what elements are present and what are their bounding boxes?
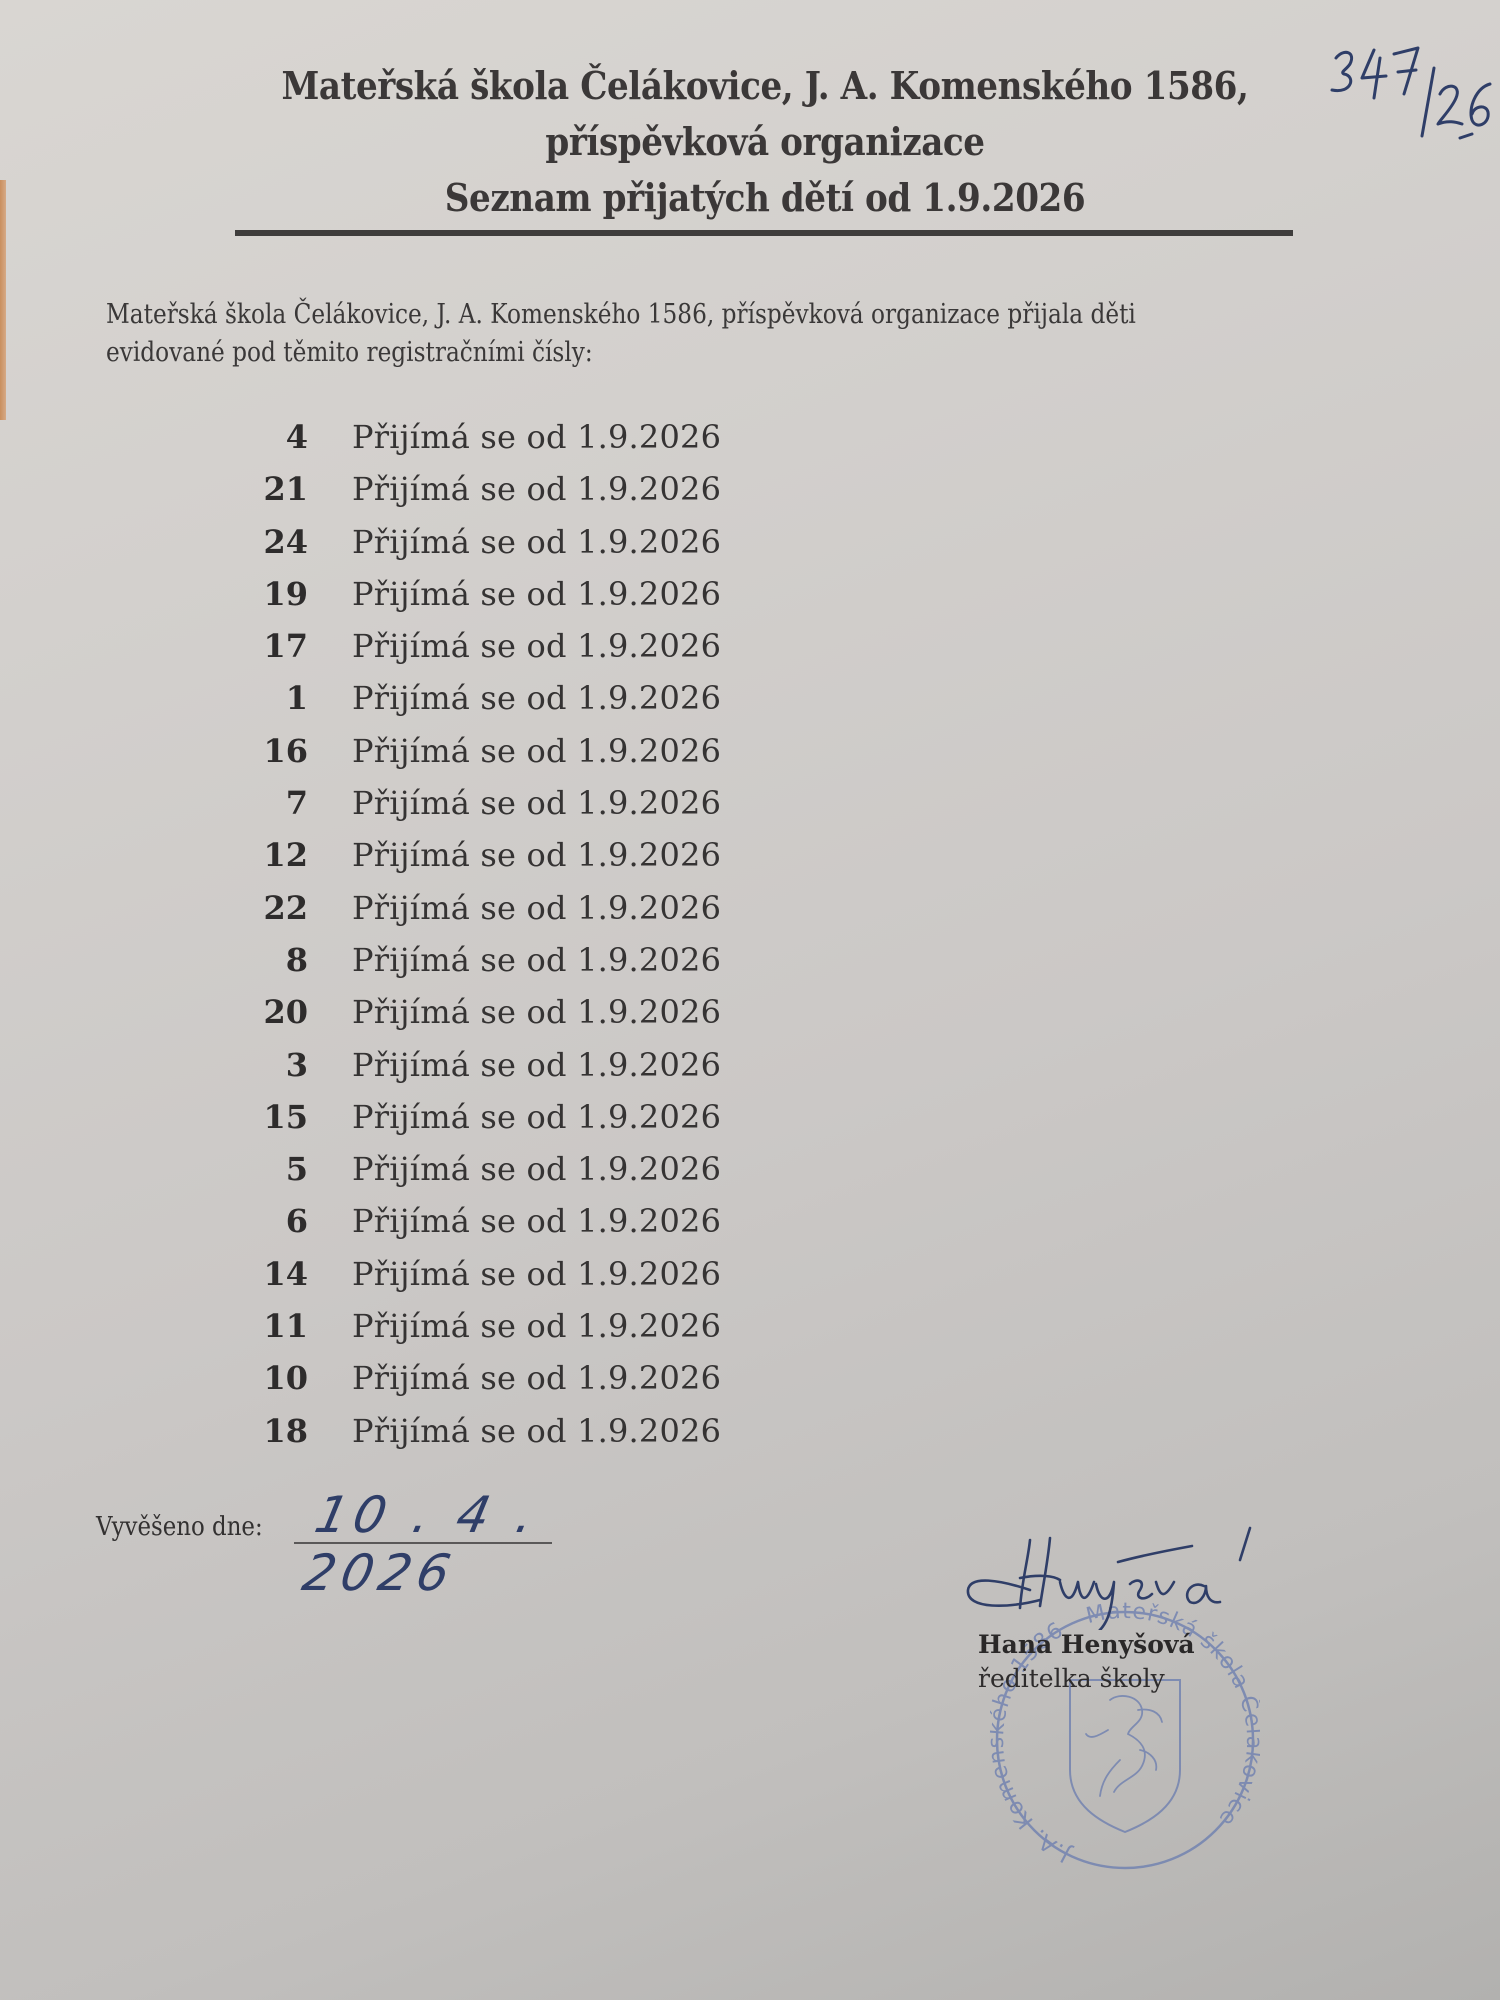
signer-name: Hana Henyšová <box>978 1628 1195 1662</box>
list-item: 3Přijímá se od 1.9.2026 <box>240 1046 760 1098</box>
admission-status: Přijímá se od 1.9.2026 <box>352 627 721 665</box>
intro-paragraph: Mateřská škola Čelákovice, J. A. Komensk… <box>106 296 1250 372</box>
registration-number: 19 <box>240 575 308 613</box>
list-item: 22Přijímá se od 1.9.2026 <box>240 889 760 941</box>
list-item: 15Přijímá se od 1.9.2026 <box>240 1098 760 1150</box>
list-item: 10Přijímá se od 1.9.2026 <box>240 1359 760 1411</box>
list-item: 8Přijímá se od 1.9.2026 <box>240 941 760 993</box>
registration-number: 8 <box>240 941 308 979</box>
posted-date-handwritten: 10 . 4 . 2026 <box>298 1486 629 1602</box>
admission-status: Přijímá se od 1.9.2026 <box>352 470 721 508</box>
header-school-name: Mateřská škola Čelákovice, J. A. Komensk… <box>77 58 1454 114</box>
registration-number: 21 <box>240 470 308 508</box>
admission-status: Přijímá se od 1.9.2026 <box>352 1307 721 1345</box>
list-item: 20Přijímá se od 1.9.2026 <box>240 993 760 1045</box>
admission-status: Přijímá se od 1.9.2026 <box>352 941 721 979</box>
admission-status: Přijímá se od 1.9.2026 <box>352 523 721 561</box>
admission-status: Přijímá se od 1.9.2026 <box>352 784 721 822</box>
posted-label: Vyvěšeno dne: <box>96 1512 263 1542</box>
list-item: 14Přijímá se od 1.9.2026 <box>240 1255 760 1307</box>
list-item: 4Přijímá se od 1.9.2026 <box>240 418 760 470</box>
admissions-list: 4Přijímá se od 1.9.2026 21Přijímá se od … <box>240 418 760 1464</box>
registration-number: 16 <box>240 732 308 770</box>
list-item: 7Přijímá se od 1.9.2026 <box>240 784 760 836</box>
admission-status: Přijímá se od 1.9.2026 <box>352 1255 721 1293</box>
admission-status: Přijímá se od 1.9.2026 <box>352 993 721 1031</box>
registration-number: 20 <box>240 993 308 1031</box>
list-item: 5Přijímá se od 1.9.2026 <box>240 1150 760 1202</box>
list-item: 1Přijímá se od 1.9.2026 <box>240 679 760 731</box>
registration-number: 6 <box>240 1202 308 1240</box>
handwritten-reference-number <box>1322 38 1492 148</box>
title-underline <box>235 230 1293 236</box>
registration-number: 1 <box>240 679 308 717</box>
registration-number: 14 <box>240 1255 308 1293</box>
signer-role: ředitelka školy <box>978 1662 1195 1696</box>
handwritten-signature <box>960 1520 1300 1630</box>
list-item: 12Přijímá se od 1.9.2026 <box>240 836 760 888</box>
admission-status: Přijímá se od 1.9.2026 <box>352 1046 721 1084</box>
admission-status: Přijímá se od 1.9.2026 <box>352 732 721 770</box>
registration-number: 17 <box>240 627 308 665</box>
admission-status: Přijímá se od 1.9.2026 <box>352 418 721 456</box>
list-item: 6Přijímá se od 1.9.2026 <box>240 1202 760 1254</box>
handwritten-reference-icon <box>1322 38 1492 148</box>
admission-status: Přijímá se od 1.9.2026 <box>352 575 721 613</box>
signature-scribble-icon <box>960 1520 1300 1630</box>
registration-number: 12 <box>240 836 308 874</box>
registration-number: 11 <box>240 1307 308 1345</box>
registration-number: 7 <box>240 784 308 822</box>
admission-status: Přijímá se od 1.9.2026 <box>352 679 721 717</box>
registration-number: 5 <box>240 1150 308 1188</box>
admission-status: Přijímá se od 1.9.2026 <box>352 1412 721 1450</box>
list-item: 19Přijímá se od 1.9.2026 <box>240 575 760 627</box>
admission-status: Přijímá se od 1.9.2026 <box>352 1150 721 1188</box>
admission-status: Přijímá se od 1.9.2026 <box>352 1202 721 1240</box>
registration-number: 24 <box>240 523 308 561</box>
admission-status: Přijímá se od 1.9.2026 <box>352 889 721 927</box>
admission-status: Přijímá se od 1.9.2026 <box>352 836 721 874</box>
list-item: 21Přijímá se od 1.9.2026 <box>240 470 760 522</box>
registration-number: 15 <box>240 1098 308 1136</box>
registration-number: 22 <box>240 889 308 927</box>
registration-number: 4 <box>240 418 308 456</box>
list-item: 18Přijímá se od 1.9.2026 <box>240 1412 760 1464</box>
list-item: 11Přijímá se od 1.9.2026 <box>240 1307 760 1359</box>
registration-number: 3 <box>240 1046 308 1084</box>
list-item: 24Přijímá se od 1.9.2026 <box>240 523 760 575</box>
header-list-title: Seznam přijatých dětí od 1.9.2026 <box>77 170 1454 226</box>
posted-date-section: Vyvěšeno dne: 10 . 4 . 2026 <box>96 1508 616 1568</box>
admission-status: Přijímá se od 1.9.2026 <box>352 1359 721 1397</box>
registration-number: 18 <box>240 1412 308 1450</box>
list-item: 17Přijímá se od 1.9.2026 <box>240 627 760 679</box>
document-header: Mateřská škola Čelákovice, J. A. Komensk… <box>0 58 1500 226</box>
registration-number: 10 <box>240 1359 308 1397</box>
header-organization-type: příspěvková organizace <box>77 114 1454 170</box>
list-item: 16Přijímá se od 1.9.2026 <box>240 732 760 784</box>
admission-status: Přijímá se od 1.9.2026 <box>352 1098 721 1136</box>
signer-block: Hana Henyšová ředitelka školy <box>978 1628 1195 1696</box>
